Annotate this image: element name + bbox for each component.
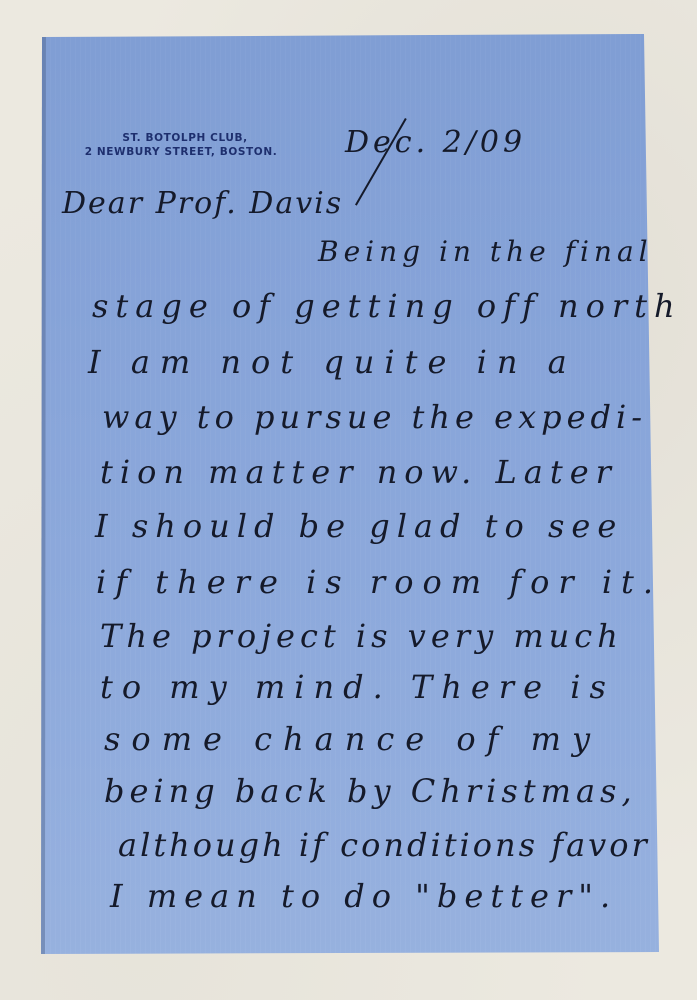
letter-date: Dec. 2/09	[345, 125, 526, 160]
body-line: to my mind. There is	[100, 668, 615, 706]
body-line: I am not quite in a	[88, 343, 577, 381]
letterhead: ST. BOTOLPH CLUB, 2 NEWBURY STREET, BOST…	[76, 131, 286, 159]
body-line: I should be glad to see	[95, 507, 623, 545]
body-line: The project is very much	[100, 617, 623, 655]
salutation: Dear Prof. Davis	[62, 186, 343, 221]
letterhead-address: 2 NEWBURY STREET, BOSTON.	[76, 145, 286, 159]
body-line: way to pursue the expedi-	[102, 398, 647, 436]
body-line: I mean to do "better".	[110, 877, 617, 915]
body-line: tion matter now. Later	[100, 453, 618, 491]
body-line: although if conditions favor	[118, 826, 650, 864]
letterhead-club-name: ST. BOTOLPH CLUB,	[76, 131, 286, 145]
body-line: stage of getting off north	[92, 287, 682, 325]
body-line: Being in the final	[318, 235, 653, 268]
body-line: if there is room for it.	[96, 563, 662, 601]
body-line: some chance of my	[104, 720, 601, 758]
body-line: being back by Christmas,	[104, 772, 637, 810]
